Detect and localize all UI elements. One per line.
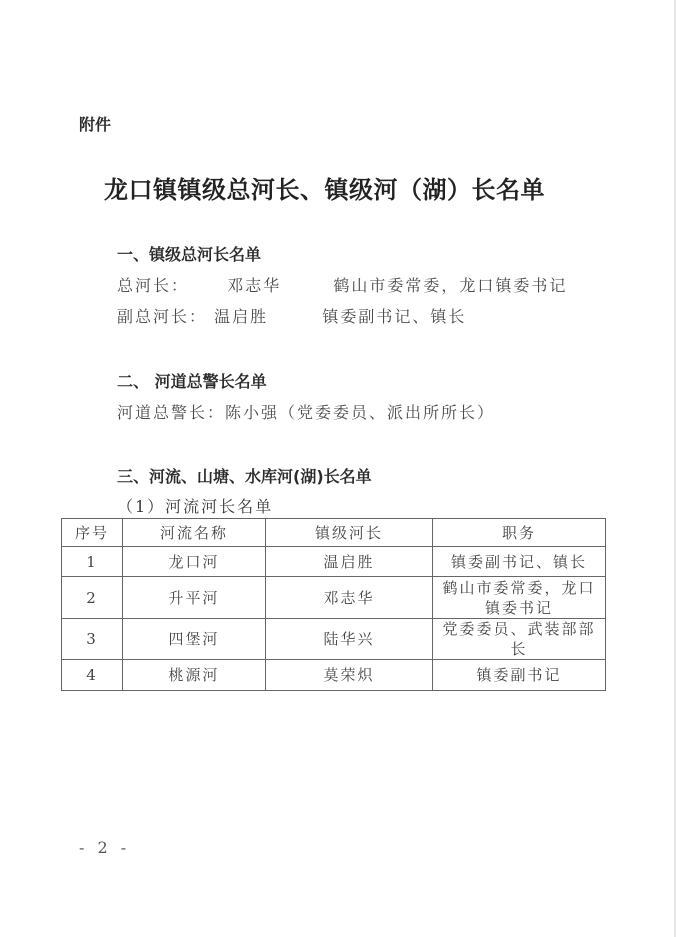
police-chief-line: 河道总警长：陈小强（党委委员、派出所所长） xyxy=(117,400,495,423)
cell-index: 2 xyxy=(62,577,123,619)
section1-heading: 一、镇级总河长名单 xyxy=(117,242,261,265)
role-label: 副总河长： xyxy=(117,307,207,326)
person-name: 温启胜 xyxy=(214,307,268,326)
person-name: 邓志华 xyxy=(227,276,281,295)
cell-river-name: 龙口河 xyxy=(123,547,266,577)
cell-index: 4 xyxy=(62,660,123,691)
cell-index: 3 xyxy=(62,619,123,660)
page-number: - 2 - xyxy=(79,838,130,857)
deputy-chief-line: 副总河长： 温启胜 镇委副书记、镇长 xyxy=(117,304,466,327)
cell-position: 镇委副书记、镇长 xyxy=(433,547,606,577)
section2-heading: 二、 河道总警长名单 xyxy=(117,369,267,392)
role-label: 总河长： xyxy=(117,276,189,295)
attachment-label: 附件 xyxy=(79,112,111,135)
cell-index: 1 xyxy=(62,547,123,577)
river-chief-table: 序号 河流名称 镇级河长 职务 1 龙口河 温启胜 镇委副书记、镇长 2 升平河… xyxy=(61,518,606,691)
scan-edge-line xyxy=(674,0,676,937)
header-index: 序号 xyxy=(62,519,123,547)
section3-subheading: （1）河流河长名单 xyxy=(117,494,273,517)
cell-river-name: 四堡河 xyxy=(123,619,266,660)
cell-chief: 莫荣炽 xyxy=(266,660,433,691)
header-position: 职务 xyxy=(433,519,606,547)
table-row: 4 桃源河 莫荣炽 镇委副书记 xyxy=(62,660,606,691)
cell-river-name: 桃源河 xyxy=(123,660,266,691)
header-river-name: 河流名称 xyxy=(123,519,266,547)
document-title: 龙口镇镇级总河长、镇级河（湖）长名单 xyxy=(104,170,545,205)
header-town-chief: 镇级河长 xyxy=(266,519,433,547)
person-position: 镇委副书记、镇长 xyxy=(322,307,466,326)
cell-river-name: 升平河 xyxy=(123,577,266,619)
cell-chief: 邓志华 xyxy=(266,577,433,619)
person-position: 鹤山市委常委，龙口镇委书记 xyxy=(333,276,567,295)
cell-chief: 温启胜 xyxy=(266,547,433,577)
cell-position: 镇委副书记 xyxy=(433,660,606,691)
cell-position: 党委委员、武装部部长 xyxy=(433,619,606,660)
chief-river-chief-line: 总河长： 邓志华 鹤山市委常委，龙口镇委书记 xyxy=(117,273,567,296)
table-header-row: 序号 河流名称 镇级河长 职务 xyxy=(62,519,606,547)
cell-chief: 陆华兴 xyxy=(266,619,433,660)
table-row: 3 四堡河 陆华兴 党委委员、武装部部长 xyxy=(62,619,606,660)
cell-position: 鹤山市委常委，龙口镇委书记 xyxy=(433,577,606,619)
table-row: 2 升平河 邓志华 鹤山市委常委，龙口镇委书记 xyxy=(62,577,606,619)
table-row: 1 龙口河 温启胜 镇委副书记、镇长 xyxy=(62,547,606,577)
section3-heading: 三、河流、山塘、水库河(湖)长名单 xyxy=(117,464,372,487)
